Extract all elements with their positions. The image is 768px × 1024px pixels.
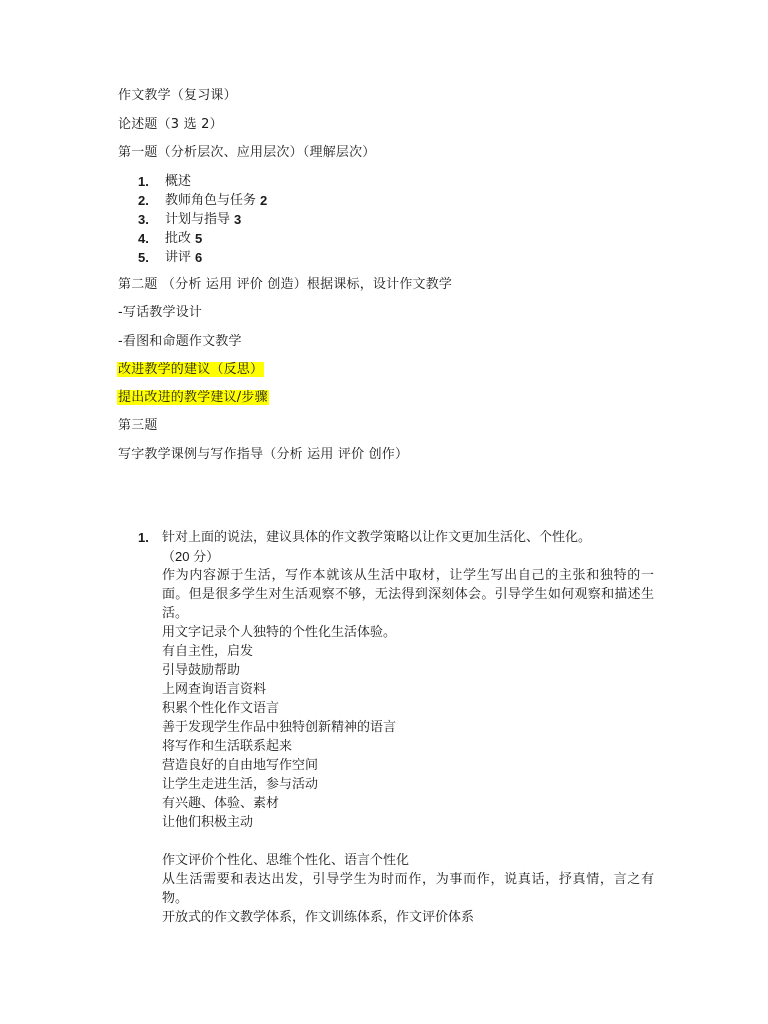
list-item: 1. 概述 <box>138 172 267 191</box>
highlighted-line: 提出改进的教学建议/步骤 <box>117 390 269 406</box>
list-marker: 5. <box>138 248 165 267</box>
answer-line: 上网查询语言资料 <box>162 680 658 699</box>
answer-line: 有兴趣、体验、素材 <box>162 794 658 813</box>
list-marker: 2. <box>138 191 165 210</box>
answer-line: 引导鼓励帮助 <box>162 661 658 680</box>
list-item-number: 2 <box>260 191 267 210</box>
list-item-text: 讲评 <box>165 248 191 267</box>
answer-line: 积累个性化作文语言 <box>162 699 658 718</box>
answer-body: 针对上面的说法，建议具体的作文教学策略以让作文更加生活化、个性化。 （20 分）… <box>162 528 658 927</box>
list-item-number: 3 <box>234 210 241 229</box>
answer-line: 让他们积极主动 <box>162 813 658 832</box>
list-item-text: 批改 <box>165 229 191 248</box>
highlighted-line: 改进教学的建议（反思） <box>117 362 264 378</box>
answer-line: 善于发现学生作品中独特创新精神的语言 <box>162 718 658 737</box>
list-marker: 1. <box>138 172 165 191</box>
list-item-text: 计划与指导 <box>165 210 230 229</box>
list-item: 2. 教师角色与任务 2 <box>138 191 267 210</box>
answer-block: 1. 针对上面的说法，建议具体的作文教学策略以让作文更加生活化、个性化。 （20… <box>138 528 658 927</box>
answer-paragraph: 作为内容源于生活，写作本就该从生活中取材，让学生写出自己的主张和独特的一面。但是… <box>162 566 654 623</box>
document-title: 作文教学（复习课） <box>118 88 237 104</box>
answer-line: 有自主性，启发 <box>162 642 658 661</box>
question3-heading: 第三题 <box>118 418 158 434</box>
answer-line: 将写作和生活联系起来 <box>162 737 658 756</box>
question2-item: -写话教学设计 <box>118 305 202 321</box>
list-item: 5. 讲评 6 <box>138 248 267 267</box>
list-marker: 3. <box>138 210 165 229</box>
answer-line: 开放式的作文教学体系，作文训练体系，作文评价体系 <box>162 908 658 927</box>
answer-line: 用文字记录个人独特的个性化生活体验。 <box>162 623 658 642</box>
answer-line: 营造良好的自由地写作空间 <box>162 756 658 775</box>
answer-line: 让学生走进生活，参与活动 <box>162 775 658 794</box>
list-item-number: 6 <box>195 248 202 267</box>
list-item-text: 教师角色与任务 <box>165 191 256 210</box>
question1-heading: 第一题（分析层次、应用层次）（理解层次） <box>118 145 376 161</box>
list-item: 3. 计划与指导 3 <box>138 210 267 229</box>
blank-line <box>162 832 658 851</box>
question3-text: 写字教学课例与写作指导（分析 运用 评价 创作） <box>118 447 408 463</box>
essay-question-heading: 论述题（3 选 2） <box>118 117 223 133</box>
list-marker: 4. <box>138 229 165 248</box>
question1-list: 1. 概述 2. 教师角色与任务 2 3. 计划与指导 3 4. 批改 5 5.… <box>138 172 267 267</box>
list-item: 4. 批改 5 <box>138 229 267 248</box>
answer-score: （20 分） <box>162 547 658 566</box>
answer-marker: 1. <box>138 528 149 547</box>
highlight-text: 提出改进的教学建议/步骤 <box>117 390 269 405</box>
highlight-text: 改进教学的建议（反思） <box>117 362 264 377</box>
question2-item: -看图和命题作文教学 <box>118 334 242 350</box>
list-item-text: 概述 <box>165 172 191 191</box>
answer-line: 作文评价个性化、思维个性化、语言个性化 <box>162 851 658 870</box>
question2-heading: 第二题 （分析 运用 评价 创造）根据课标，设计作文教学 <box>118 277 452 293</box>
answer-paragraph: 从生活需要和表达出发，引导学生为时而作，为事而作，说真话，抒真情，言之有物。 <box>162 870 654 908</box>
essay-question-text: 论述题（3 选 2） <box>118 117 223 132</box>
answer-prompt: 针对上面的说法，建议具体的作文教学策略以让作文更加生活化、个性化。 <box>162 528 658 547</box>
list-item-number: 5 <box>195 229 202 248</box>
document-page: 作文教学（复习课） 论述题（3 选 2） 第一题（分析层次、应用层次）（理解层次… <box>0 0 768 1024</box>
